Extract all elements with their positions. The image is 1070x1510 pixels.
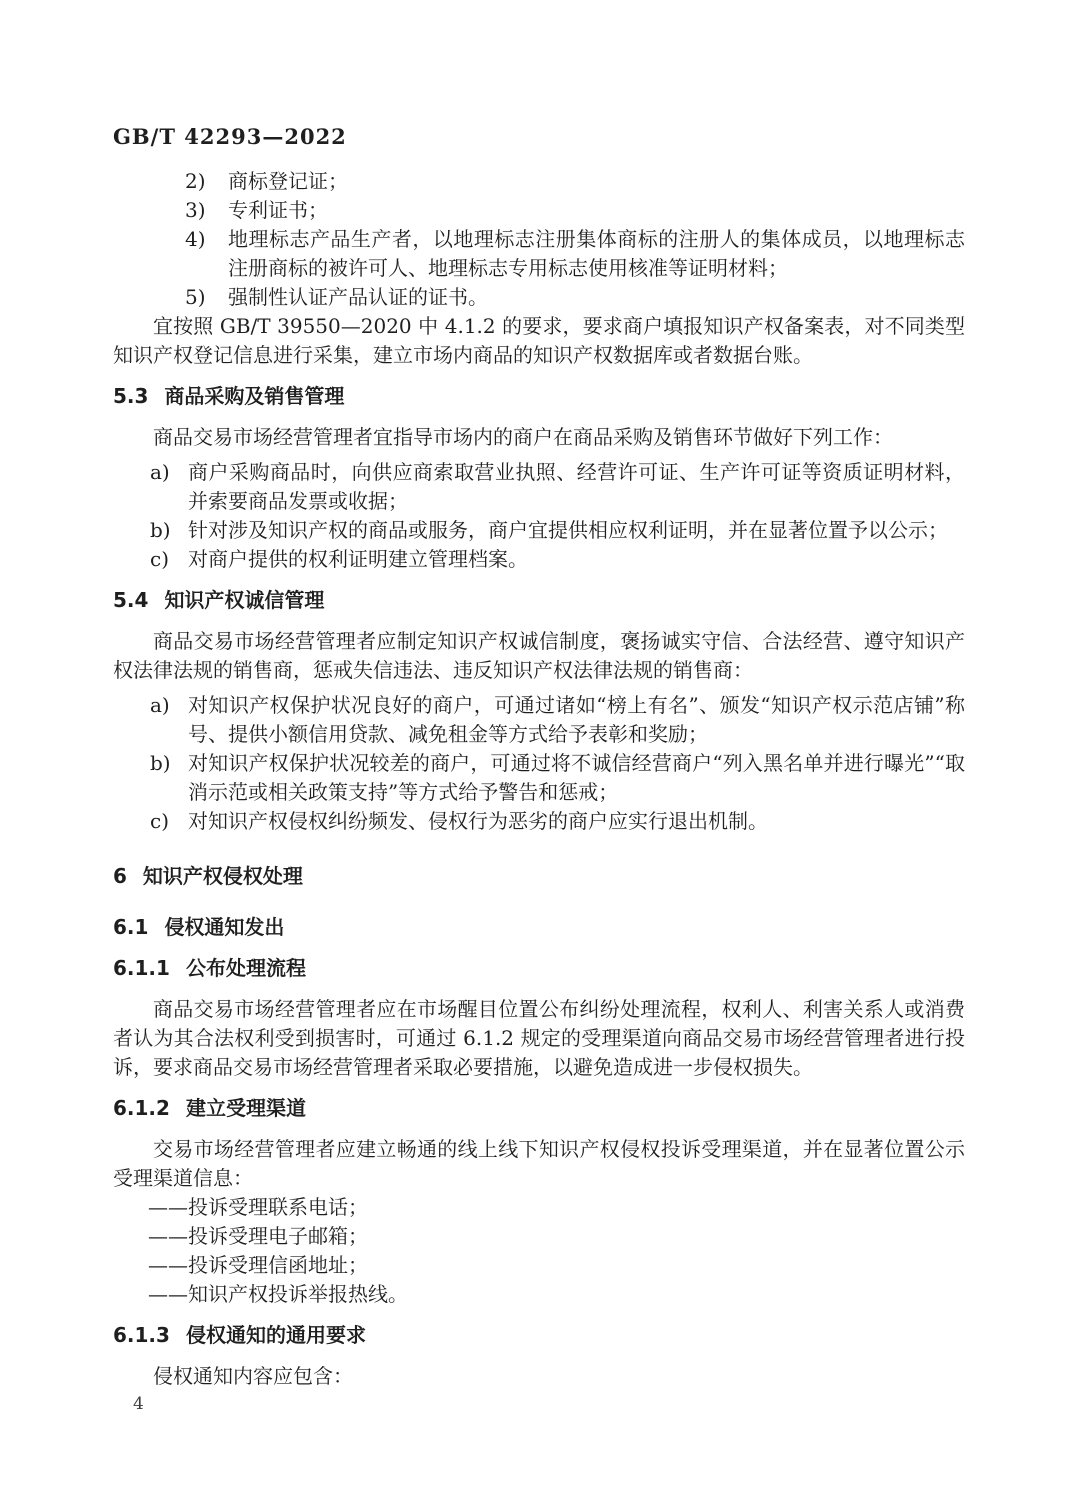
heading-title: 建立受理渠道	[186, 1096, 306, 1120]
list-5-3: a) 商户采购商品时，向供应商索取营业执照、经营许可证、生产许可证等资质证明材料…	[150, 458, 965, 574]
page-content: GB/T 42293—2022 2) 商标登记证； 3) 专利证书； 4) 地理…	[113, 122, 965, 1391]
list-item: ——投诉受理信函地址；	[148, 1251, 965, 1280]
list-item: b) 针对涉及知识产权的商品或服务，商户宜提供相应权利证明，并在显著位置予以公示…	[150, 516, 965, 545]
heading-6: 6知识产权侵权处理	[113, 862, 965, 891]
list-item-letter: b)	[150, 749, 188, 807]
heading-6-1-1: 6.1.1公布处理流程	[113, 954, 965, 983]
paragraph-6-1-2: 交易市场经营管理者应建立畅通的线上线下知识产权侵权投诉受理渠道，并在显著位置公示…	[113, 1135, 965, 1193]
list-item: a) 商户采购商品时，向供应商索取营业执照、经营许可证、生产许可证等资质证明材料…	[150, 458, 965, 516]
heading-title: 侵权通知发出	[164, 915, 284, 939]
list-item: ——知识产权投诉举报热线。	[148, 1280, 965, 1309]
list-item-letter: c)	[150, 807, 188, 836]
heading-title: 侵权通知的通用要求	[186, 1323, 366, 1347]
heading-number: 5.4	[113, 588, 148, 612]
list-item: 2) 商标登记证；	[185, 167, 965, 196]
heading-number: 6.1.2	[113, 1096, 170, 1120]
heading-number: 6	[113, 864, 127, 888]
paragraph-5-4-intro: 商品交易市场经营管理者应制定知识产权诚信制度，褒扬诚实守信、合法经营、遵守知识产…	[113, 627, 965, 685]
list-item-text: 专利证书；	[228, 196, 965, 225]
document-page: GB/T 42293—2022 2) 商标登记证； 3) 专利证书； 4) 地理…	[0, 0, 1070, 1510]
heading-title: 商品采购及销售管理	[164, 384, 344, 408]
heading-number: 6.1.1	[113, 956, 170, 980]
paragraph-filing-note: 宜按照 GB/T 39550—2020 中 4.1.2 的要求，要求商户填报知识…	[113, 312, 965, 370]
paragraph-6-1-1: 商品交易市场经营管理者应在市场醒目位置公布纠纷处理流程，权利人、利害关系人或消费…	[113, 995, 965, 1082]
list-item-letter: c)	[150, 545, 188, 574]
list-item: 4) 地理标志产品生产者，以地理标志注册集体商标的注册人的集体成员，以地理标志注…	[185, 225, 965, 283]
page-number: 4	[133, 1390, 144, 1419]
list-item: 5) 强制性认证产品认证的证书。	[185, 283, 965, 312]
heading-number: 6.1	[113, 915, 148, 939]
list-item-letter: b)	[150, 516, 188, 545]
heading-title: 公布处理流程	[186, 956, 306, 980]
paragraph-5-3-intro: 商品交易市场经营管理者宜指导市场内的商户在商品采购及销售环节做好下列工作：	[113, 423, 965, 452]
list-item-letter: a)	[150, 691, 188, 749]
list-item-text: 对知识产权侵权纠纷频发、侵权行为恶劣的商户应实行退出机制。	[188, 807, 965, 836]
list-item-text: 商标登记证；	[228, 167, 965, 196]
list-item: ——投诉受理联系电话；	[148, 1193, 965, 1222]
heading-6-1: 6.1侵权通知发出	[113, 913, 965, 942]
list-item-text: 对知识产权保护状况良好的商户，可通过诸如“榜上有名”、颁发“知识产权示范店铺”称…	[188, 691, 965, 749]
heading-title: 知识产权侵权处理	[143, 864, 303, 888]
heading-title: 知识产权诚信管理	[164, 588, 324, 612]
list-item: 3) 专利证书；	[185, 196, 965, 225]
list-item-text: 对商户提供的权利证明建立管理档案。	[188, 545, 965, 574]
list-item: ——投诉受理电子邮箱；	[148, 1222, 965, 1251]
heading-5-3: 5.3商品采购及销售管理	[113, 382, 965, 411]
list-item-text: 商户采购商品时，向供应商索取营业执照、经营许可证、生产许可证等资质证明材料，并索…	[188, 458, 965, 516]
list-item-number: 4)	[185, 225, 228, 283]
list-item: b) 对知识产权保护状况较差的商户，可通过将不诚信经营商户“列入黑名单并进行曝光…	[150, 749, 965, 807]
paragraph-6-1-3: 侵权通知内容应包含：	[113, 1362, 965, 1391]
heading-number: 5.3	[113, 384, 148, 408]
list-item-number: 2)	[185, 167, 228, 196]
list-item: c) 对商户提供的权利证明建立管理档案。	[150, 545, 965, 574]
heading-5-4: 5.4知识产权诚信管理	[113, 586, 965, 615]
list-item: a) 对知识产权保护状况良好的商户，可通过诸如“榜上有名”、颁发“知识产权示范店…	[150, 691, 965, 749]
list-item-number: 5)	[185, 283, 228, 312]
heading-6-1-3: 6.1.3侵权通知的通用要求	[113, 1321, 965, 1350]
list-item-text: 强制性认证产品认证的证书。	[228, 283, 965, 312]
heading-number: 6.1.3	[113, 1323, 170, 1347]
list-item-number: 3)	[185, 196, 228, 225]
list-item-text: 针对涉及知识产权的商品或服务，商户宜提供相应权利证明，并在显著位置予以公示；	[188, 516, 965, 545]
certificate-list: 2) 商标登记证； 3) 专利证书； 4) 地理标志产品生产者，以地理标志注册集…	[185, 167, 965, 312]
list-item-letter: a)	[150, 458, 188, 516]
list-item-text: 对知识产权保护状况较差的商户，可通过将不诚信经营商户“列入黑名单并进行曝光”“取…	[188, 749, 965, 807]
complaint-channel-list: ——投诉受理联系电话； ——投诉受理电子邮箱； ——投诉受理信函地址； ——知识…	[148, 1193, 965, 1309]
heading-6-1-2: 6.1.2建立受理渠道	[113, 1094, 965, 1123]
list-item-text: 地理标志产品生产者，以地理标志注册集体商标的注册人的集体成员，以地理标志注册商标…	[228, 225, 965, 283]
list-item: c) 对知识产权侵权纠纷频发、侵权行为恶劣的商户应实行退出机制。	[150, 807, 965, 836]
standard-number: GB/T 42293—2022	[113, 122, 965, 151]
list-5-4: a) 对知识产权保护状况良好的商户，可通过诸如“榜上有名”、颁发“知识产权示范店…	[150, 691, 965, 836]
